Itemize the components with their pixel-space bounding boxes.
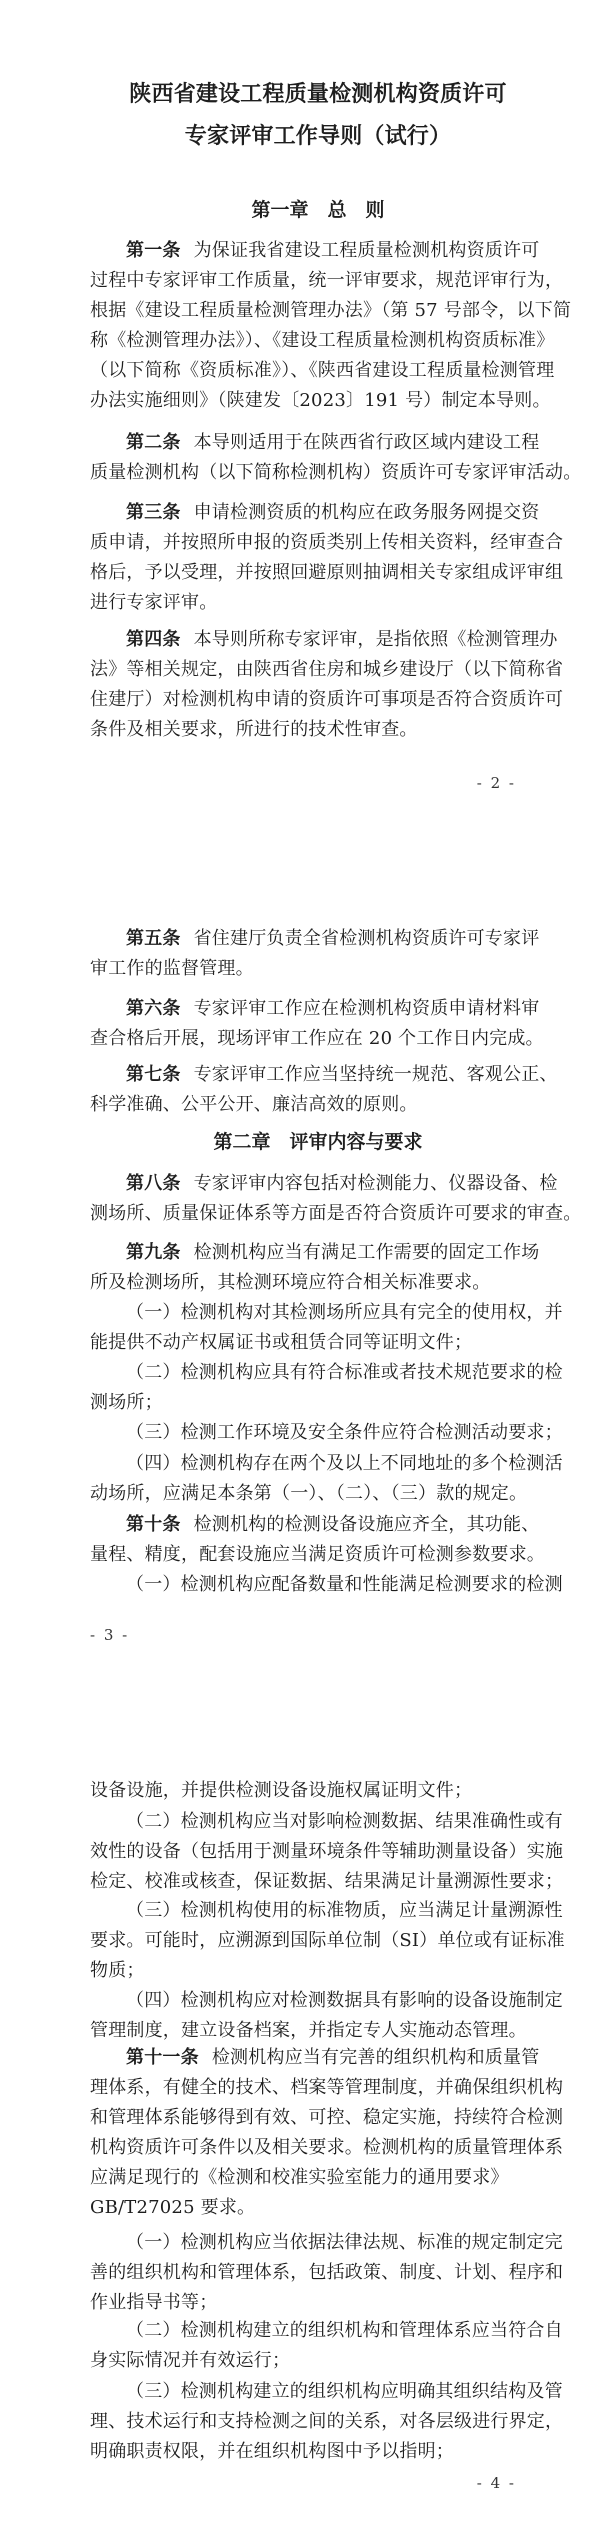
sub-item-paragraph: （三）检测机构建立的组织机构应明确其组织结构及管理、技术运行和支持检测之间的关系… <box>90 2377 546 2467</box>
article-paragraph: 第十条检测机构的检测设备设施应齐全，其功能、量程、精度，配套设施应当满足资质许可… <box>90 1510 546 1570</box>
text-run: 省住建厅负责全省检测机构资质许可专家评 <box>194 928 540 949</box>
text-line: 第八条专家评审内容包括对检测能力、仪器设备、检 <box>90 1169 546 1199</box>
text-line: （四）检测机构应对检测数据具有影响的设备设施制定 <box>90 1986 546 2016</box>
text-line: （一）检测机构应配备数量和性能满足检测要求的检测 <box>90 1570 546 1600</box>
text-line: 测场所； <box>90 1388 546 1418</box>
article-paragraph: 第九条检测机构应当有满足工作需要的固定工作场所及检测场所，其检测环境应符合相关标… <box>90 1238 546 1298</box>
text-line: 第七条专家评审工作应当坚持统一规范、客观公正、 <box>90 1060 546 1090</box>
text-run: 本导则适用于在陕西省行政区域内建设工程 <box>194 432 540 453</box>
text-line: 第十条检测机构的检测设备设施应齐全，其功能、 <box>90 1510 546 1540</box>
sub-item-paragraph: （一）检测机构应配备数量和性能满足检测要求的检测 <box>90 1570 546 1600</box>
text-line: 第九条检测机构应当有满足工作需要的固定工作场 <box>90 1238 546 1268</box>
article-number-label: 第十一条 <box>126 2047 199 2068</box>
text-line: 第四条本导则所称专家评审，是指依照《检测管理办 <box>90 625 546 655</box>
text-line: 查合格后开展，现场评审工作应在 20 个工作日内完成。 <box>90 1024 546 1054</box>
article-paragraph: 第三条申请检测资质的机构应在政务服务网提交资质申请，并按照所申报的资质类别上传相… <box>90 498 546 618</box>
article-paragraph: 第五条省住建厅负责全省检测机构资质许可专家评审工作的监督管理。 <box>90 924 546 984</box>
text-run: （四）检测机构存在两个及以上不同地址的多个检测活 <box>126 1453 563 1474</box>
sub-item-paragraph: （二）检测机构应当对影响检测数据、结果准确性或有效性的设备（包括用于测量环境条件… <box>90 1807 546 1897</box>
text-line: 要求。可能时，应溯源到国际单位制（SI）单位或有证标准 <box>90 1926 546 1956</box>
text-run: 为保证我省建设工程质量检测机构资质许可 <box>194 240 540 261</box>
text-line: 物质； <box>90 1956 546 1986</box>
chapter-heading: 第二章 评审内容与要求 <box>90 1130 546 1154</box>
text-line: 身实际情况并有效运行； <box>90 2346 546 2376</box>
text-run: （四）检测机构应对检测数据具有影响的设备设施制定 <box>126 1990 563 2011</box>
text-run: 专家评审工作应在检测机构资质申请材料审 <box>194 998 540 1019</box>
text-run: （二）检测机构应当对影响检测数据、结果准确性或有 <box>126 1811 563 1832</box>
text-run: （三）检测机构建立的组织机构应明确其组织结构及管 <box>126 2381 563 2402</box>
sub-item-paragraph: （四）检测机构应对检测数据具有影响的设备设施制定管理制度，建立设备档案，并指定专… <box>90 1986 546 2046</box>
text-line: 和管理体系能够得到有效、可控、稳定实施，持续符合检测 <box>90 2103 546 2133</box>
text-line: 第二条本导则适用于在陕西省行政区域内建设工程 <box>90 428 546 458</box>
text-run: （一）检测机构应配备数量和性能满足检测要求的检测 <box>126 1574 563 1595</box>
text-line: （二）检测机构应当对影响检测数据、结果准确性或有 <box>90 1807 546 1837</box>
continuation-paragraph: 设备设施，并提供检测设备设施权属证明文件； <box>90 1776 546 1806</box>
text-run: 检测机构应当有满足工作需要的固定工作场 <box>194 1242 540 1263</box>
text-line: 陕西省建设工程质量检测机构资质许可 <box>90 74 546 116</box>
text-line: 格后，予以受理，并按照回避原则抽调相关专家组成评审组 <box>90 558 546 588</box>
text-run: （三）检测机构使用的标准物质，应当满足计量溯源性 <box>126 1900 563 1921</box>
doc-title: 陕西省建设工程质量检测机构资质许可专家评审工作导则（试行） <box>90 74 546 158</box>
article-number-label: 第八条 <box>126 1173 181 1194</box>
text-line: （一）检测机构应当依据法律法规、标准的规定制定完 <box>90 2228 546 2258</box>
text-line: GB/T27025 要求。 <box>90 2193 546 2223</box>
text-line: 第五条省住建厅负责全省检测机构资质许可专家评 <box>90 924 546 954</box>
text-line: 称《检测管理办法》）、《建设工程质量检测机构资质标准》 <box>90 326 546 356</box>
text-line: 量程、精度，配套设施应当满足资质许可检测参数要求。 <box>90 1540 546 1570</box>
text-line: 检定、校准或核查，保证数据、结果满足计量溯源性要求； <box>90 1867 546 1897</box>
sub-item-paragraph: （三）检测机构使用的标准物质，应当满足计量溯源性要求。可能时，应溯源到国际单位制… <box>90 1896 546 1986</box>
text-line: 管理制度，建立设备档案，并指定专人实施动态管理。 <box>90 2016 546 2046</box>
sub-item-paragraph: （一）检测机构应当依据法律法规、标准的规定制定完善的组织机构和管理体系，包括政策… <box>90 2228 546 2318</box>
text-run: （一）检测机构对其检测场所应具有完全的使用权，并 <box>126 1302 563 1323</box>
text-line: 过程中专家评审工作质量，统一评审要求，规范评审行为， <box>90 266 546 296</box>
text-line: 理体系，有健全的技术、档案等管理制度，并确保组织机构 <box>90 2073 546 2103</box>
text-run: （二）检测机构应具有符合标准或者技术规范要求的检 <box>126 1362 563 1383</box>
text-line: 住建厅）对检测机构申请的资质许可事项是否符合资质许可 <box>90 685 546 715</box>
text-line: 善的组织机构和管理体系，包括政策、制度、计划、程序和 <box>90 2258 546 2288</box>
page-number: - 4 - <box>90 2474 546 2492</box>
text-line: 能提供不动产权属证书或租赁合同等证明文件； <box>90 1328 546 1358</box>
article-number-label: 第七条 <box>126 1064 181 1085</box>
text-run: 本导则所称专家评审，是指依照《检测管理办 <box>194 629 558 650</box>
sub-item-paragraph: （三）检测工作环境及安全条件应符合检测活动要求； <box>90 1418 546 1448</box>
text-line: 第三条申请检测资质的机构应在政务服务网提交资 <box>90 498 546 528</box>
text-line: 测场所、质量保证体系等方面是否符合资质许可要求的审查。 <box>90 1199 546 1229</box>
chapter-heading: 第一章 总 则 <box>90 198 546 222</box>
text-run: （三）检测工作环境及安全条件应符合检测活动要求； <box>126 1422 563 1443</box>
sub-item-paragraph: （四）检测机构存在两个及以上不同地址的多个检测活动场所，应满足本条第（一）、（二… <box>90 1449 546 1509</box>
article-number-label: 第二条 <box>126 432 181 453</box>
text-line: 设备设施，并提供检测设备设施权属证明文件； <box>90 1776 546 1806</box>
text-line: 进行专家评审。 <box>90 588 546 618</box>
article-paragraph: 第一条为保证我省建设工程质量检测机构资质许可过程中专家评审工作质量，统一评审要求… <box>90 236 546 416</box>
text-line: 审工作的监督管理。 <box>90 954 546 984</box>
text-line: 应满足现行的《检测和校准实验室能力的通用要求》 <box>90 2163 546 2193</box>
text-line: （三）检测工作环境及安全条件应符合检测活动要求； <box>90 1418 546 1448</box>
text-line: （四）检测机构存在两个及以上不同地址的多个检测活 <box>90 1449 546 1479</box>
text-line: 效性的设备（包括用于测量环境条件等辅助测量设备）实施 <box>90 1837 546 1867</box>
text-run: 申请检测资质的机构应在政务服务网提交资 <box>194 502 540 523</box>
text-run: 检测机构的检测设备设施应齐全，其功能、 <box>194 1514 540 1535</box>
text-line: （三）检测机构建立的组织机构应明确其组织结构及管 <box>90 2377 546 2407</box>
text-line: 作业指导书等； <box>90 2288 546 2318</box>
article-number-label: 第十条 <box>126 1514 181 1535</box>
text-line: 根据《建设工程质量检测管理办法》（第 57 号部令，以下简 <box>90 296 546 326</box>
text-line: （二）检测机构建立的组织机构和管理体系应当符合自 <box>90 2316 546 2346</box>
article-number-label: 第四条 <box>126 629 181 650</box>
text-line: 第十一条检测机构应当有完善的组织机构和质量管 <box>90 2043 546 2073</box>
text-run: 专家评审内容包括对检测能力、仪器设备、检 <box>194 1173 558 1194</box>
article-paragraph: 第二条本导则适用于在陕西省行政区域内建设工程质量检测机构（以下简称检测机构）资质… <box>90 428 546 488</box>
article-paragraph: 第七条专家评审工作应当坚持统一规范、客观公正、科学准确、公平公开、廉洁高效的原则… <box>90 1060 546 1120</box>
article-number-label: 第九条 <box>126 1242 181 1263</box>
text-line: （二）检测机构应具有符合标准或者技术规范要求的检 <box>90 1358 546 1388</box>
text-line: 科学准确、公平公开、廉洁高效的原则。 <box>90 1090 546 1120</box>
sub-item-paragraph: （一）检测机构对其检测场所应具有完全的使用权，并能提供不动产权属证书或租赁合同等… <box>90 1298 546 1358</box>
sub-item-paragraph: （二）检测机构应具有符合标准或者技术规范要求的检测场所； <box>90 1358 546 1418</box>
text-run: 检测机构应当有完善的组织机构和质量管 <box>212 2047 540 2068</box>
text-line: 专家评审工作导则（试行） <box>90 116 546 158</box>
text-line: 质申请，并按照所申报的资质类别上传相关资料，经审查合 <box>90 528 546 558</box>
article-number-label: 第六条 <box>126 998 181 1019</box>
page-number: - 2 - <box>90 774 546 792</box>
text-line: （一）检测机构对其检测场所应具有完全的使用权，并 <box>90 1298 546 1328</box>
text-line: 机构资质许可条件以及相关要求。检测机构的质量管理体系 <box>90 2133 546 2163</box>
article-paragraph: 第六条专家评审工作应在检测机构资质申请材料审查合格后开展，现场评审工作应在 20… <box>90 994 546 1054</box>
text-line: 理、技术运行和支持检测之间的关系，对各层级进行界定， <box>90 2407 546 2437</box>
text-line: 第六条专家评审工作应在检测机构资质申请材料审 <box>90 994 546 1024</box>
text-run: 专家评审工作应当坚持统一规范、客观公正、 <box>194 1064 558 1085</box>
text-line: （以下简称《资质标准》）、《陕西省建设工程质量检测管理 <box>90 356 546 386</box>
text-line: 法》等相关规定，由陕西省住房和城乡建设厅（以下简称省 <box>90 655 546 685</box>
text-run: （二）检测机构建立的组织机构和管理体系应当符合自 <box>126 2320 563 2341</box>
text-line: 质量检测机构（以下简称检测机构）资质许可专家评审活动。 <box>90 458 546 488</box>
text-line: 明确职责权限，并在组织机构图中予以指明； <box>90 2437 546 2467</box>
article-number-label: 第三条 <box>126 502 181 523</box>
article-number-label: 第一条 <box>126 240 181 261</box>
article-paragraph: 第八条专家评审内容包括对检测能力、仪器设备、检测场所、质量保证体系等方面是否符合… <box>90 1169 546 1229</box>
text-line: 动场所，应满足本条第（一）、（二）、（三）款的规定。 <box>90 1479 546 1509</box>
text-line: 第一条为保证我省建设工程质量检测机构资质许可 <box>90 236 546 266</box>
text-line: 条件及相关要求，所进行的技术性审查。 <box>90 715 546 745</box>
text-line: 办法实施细则》（陕建发〔2023〕191 号）制定本导则。 <box>90 386 546 416</box>
article-number-label: 第五条 <box>126 928 181 949</box>
text-run: （一）检测机构应当依据法律法规、标准的规定制定完 <box>126 2232 563 2253</box>
text-line: （三）检测机构使用的标准物质，应当满足计量溯源性 <box>90 1896 546 1926</box>
text-line: 所及检测场所，其检测环境应符合相关标准要求。 <box>90 1268 546 1298</box>
article-paragraph: 第四条本导则所称专家评审，是指依照《检测管理办法》等相关规定，由陕西省住房和城乡… <box>90 625 546 745</box>
page-number: - 3 - <box>90 1626 546 1644</box>
article-paragraph: 第十一条检测机构应当有完善的组织机构和质量管理体系，有健全的技术、档案等管理制度… <box>90 2043 546 2223</box>
sub-item-paragraph: （二）检测机构建立的组织机构和管理体系应当符合自身实际情况并有效运行； <box>90 2316 546 2376</box>
